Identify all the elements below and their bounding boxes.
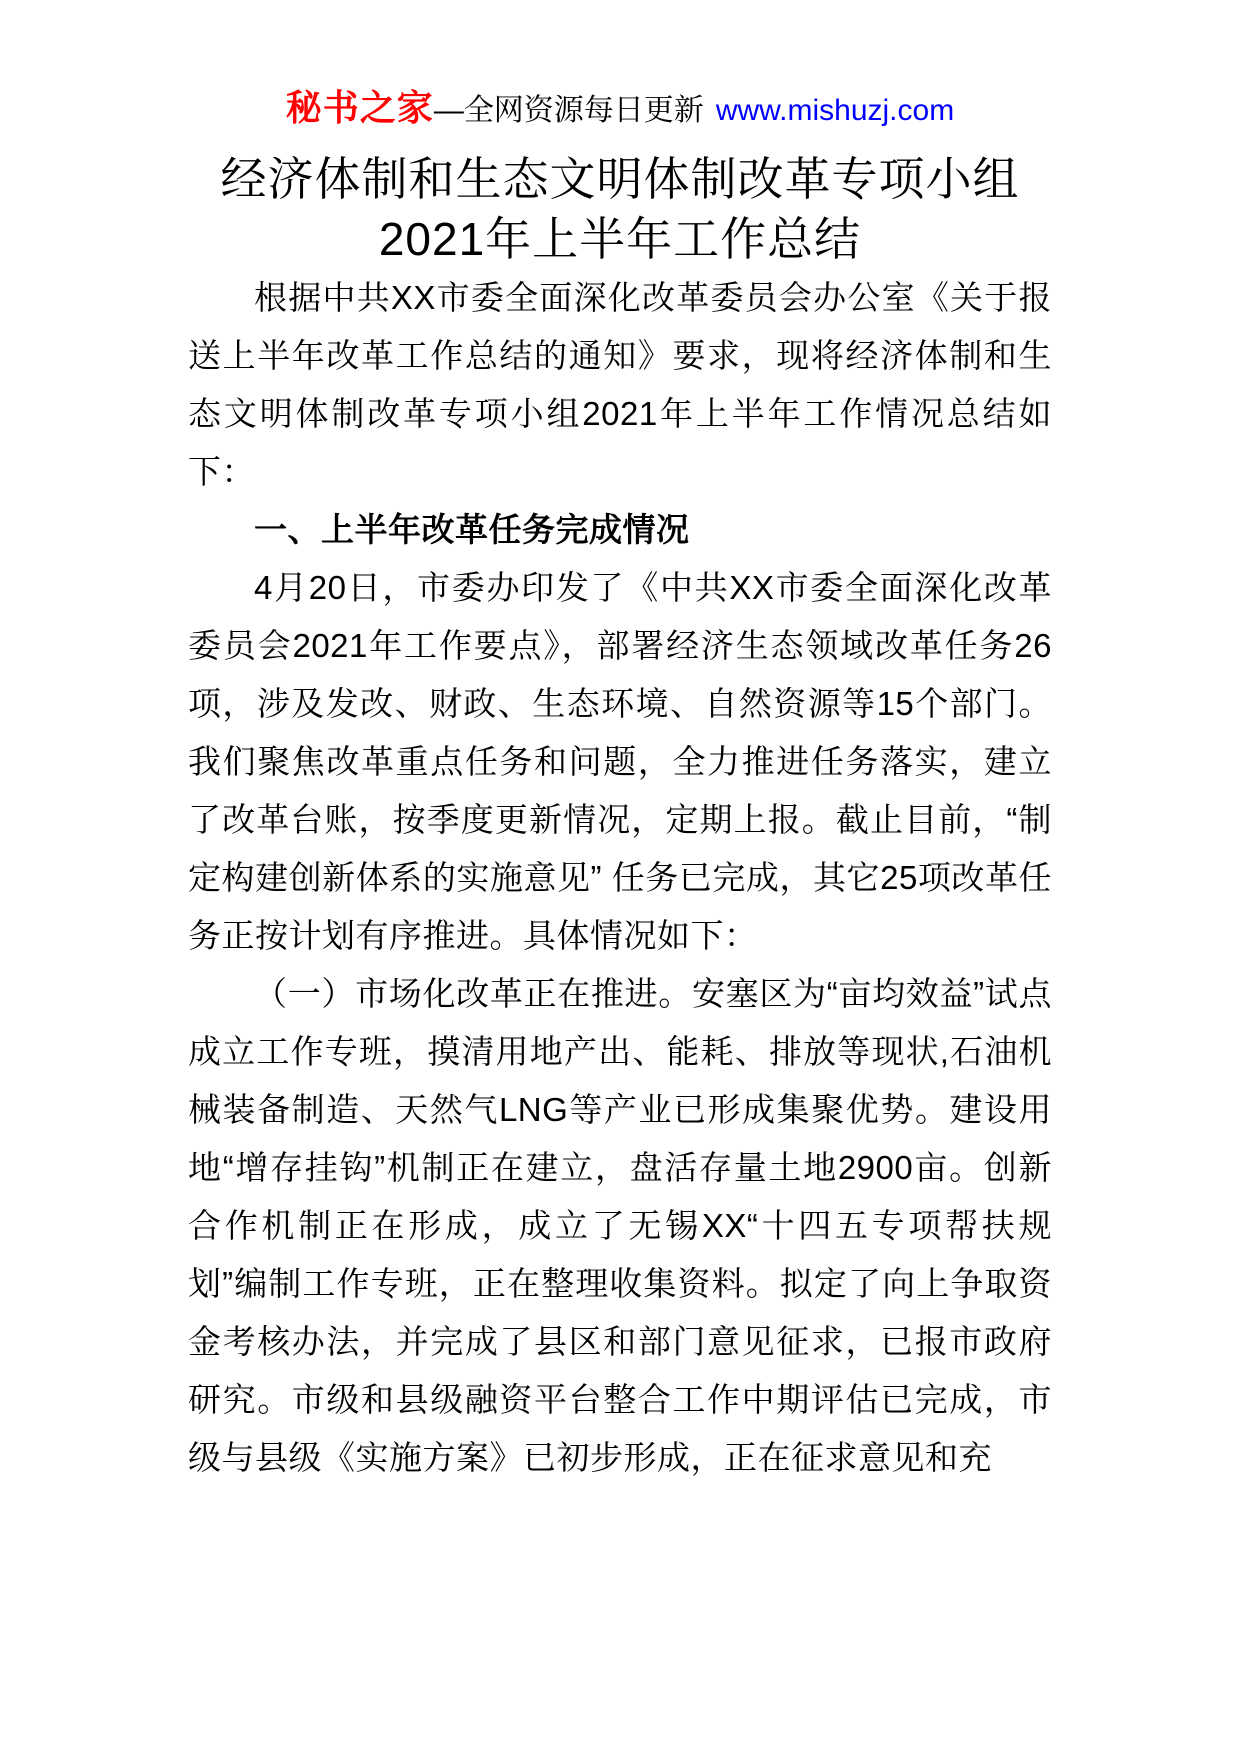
paragraph-task-overview: 4月20日，市委办印发了《中共XX市委全面深化改革委员会2021年工作要点》，部… xyxy=(188,559,1052,965)
document-title: 经济体制和生态文明体制改革专项小组 2021年上半年工作总结 xyxy=(188,149,1052,269)
document-title-line2: 2021年上半年工作总结 xyxy=(188,209,1052,269)
paragraph-market-reform: （一）市场化改革正在推进。安塞区为“亩均效益”试点成立工作专班，摸清用地产出、能… xyxy=(188,965,1052,1487)
site-url-text: www.mishuzj.com xyxy=(716,94,954,127)
site-header: 秘书之家—全网资源每日更新www.mishuzj.com xyxy=(188,88,1052,131)
section-heading-first-half-tasks: 一、上半年改革任务完成情况 xyxy=(188,501,1052,559)
document-title-line1: 经济体制和生态文明体制改革专项小组 xyxy=(188,149,1052,209)
document-page: 秘书之家—全网资源每日更新www.mishuzj.com 经济体制和生态文明体制… xyxy=(0,0,1240,1754)
document-body: 根据中共XX市委全面深化改革委员会办公室《关于报送上半年改革工作总结的通知》要求… xyxy=(188,269,1052,1487)
site-tagline-text: —全网资源每日更新 xyxy=(434,94,704,127)
paragraph-intro: 根据中共XX市委全面深化改革委员会办公室《关于报送上半年改革工作总结的通知》要求… xyxy=(188,269,1052,501)
site-brand-text: 秘书之家 xyxy=(286,87,434,128)
